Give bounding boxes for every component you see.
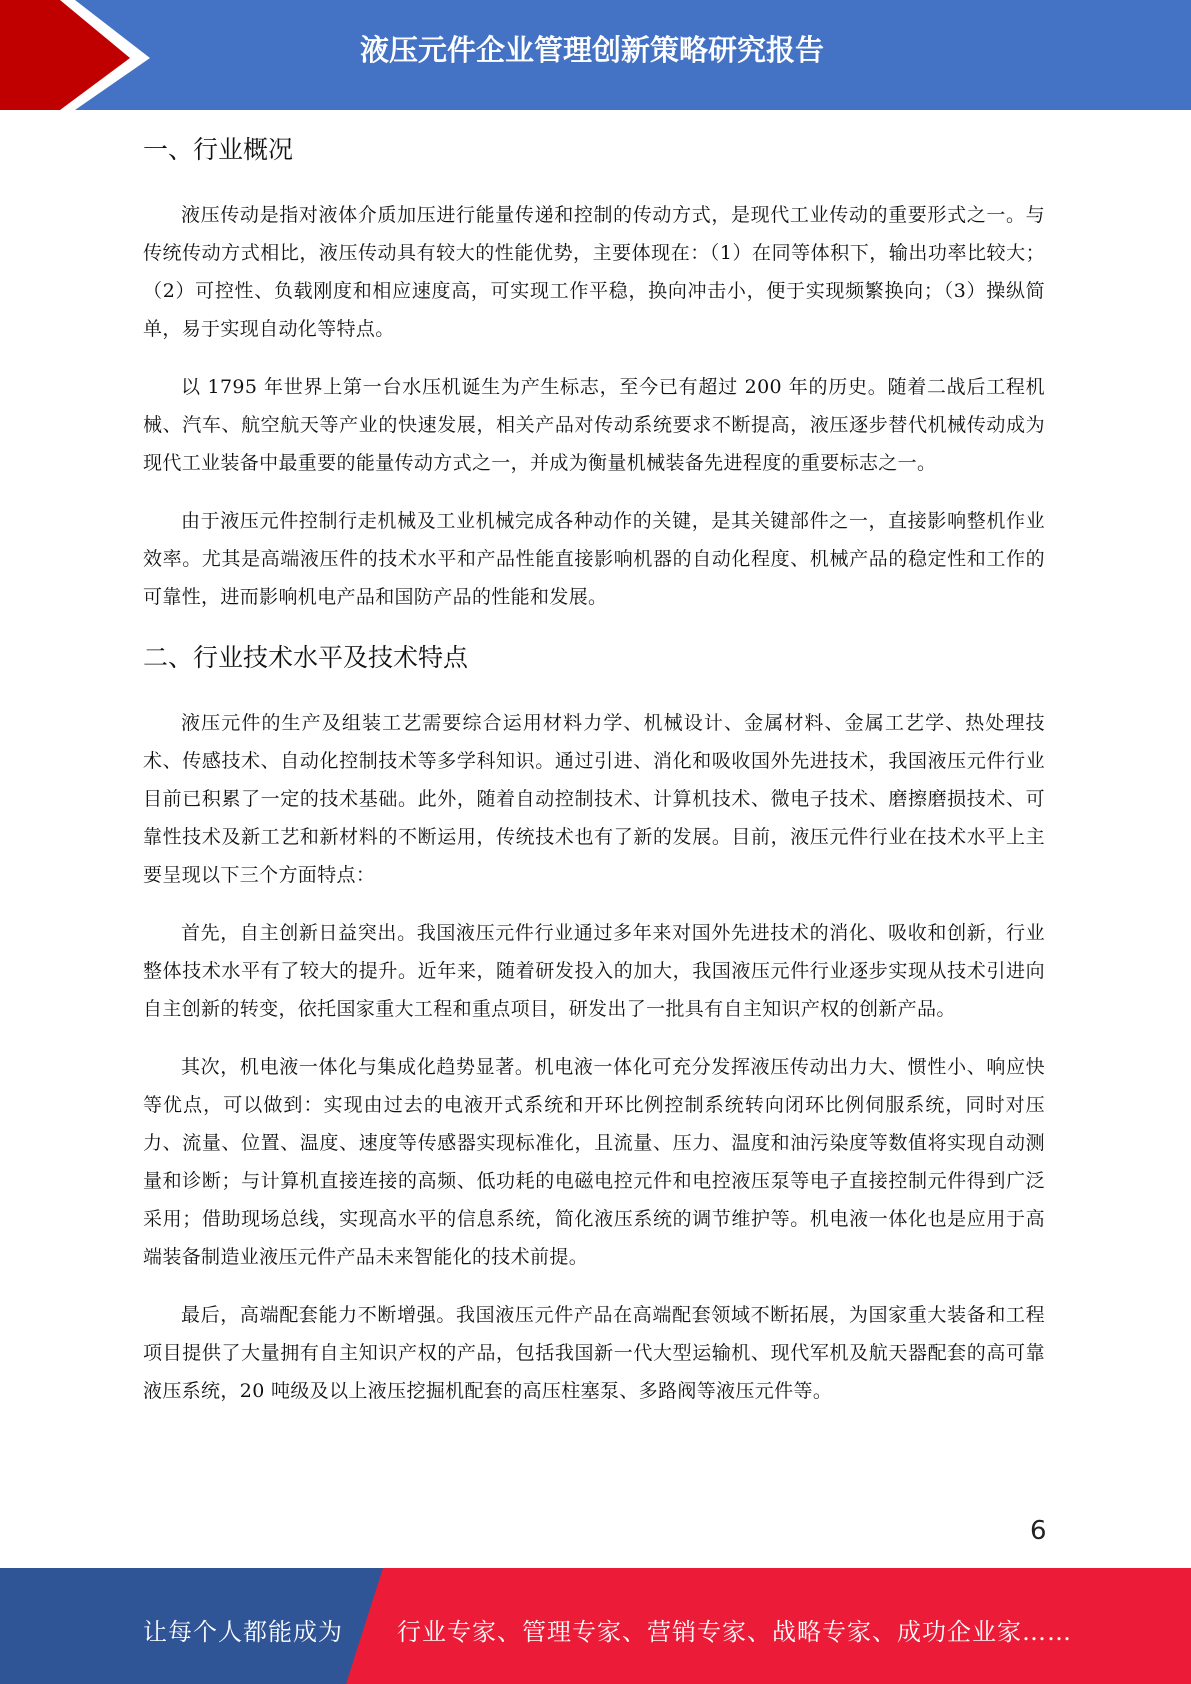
- paragraph: 其次，机电液一体化与集成化趋势显著。机电液一体化可充分发挥液压传动出力大、惯性小…: [143, 1048, 1045, 1276]
- header-arrow-icon: [0, 0, 140, 110]
- paragraph: 最后，高端配套能力不断增强。我国液压元件产品在高端配套领域不断拓展，为国家重大装…: [143, 1296, 1045, 1410]
- document-body: 一、行业概况 液压传动是指对液体介质加压进行能量传递和控制的传动方式，是现代工业…: [143, 128, 1045, 1430]
- section-heading-technical-level: 二、行业技术水平及技术特点: [143, 636, 1045, 680]
- page-number: 6: [1030, 1516, 1047, 1546]
- paragraph: 液压元件的生产及组装工艺需要综合运用材料力学、机械设计、金属材料、金属工艺学、热…: [143, 704, 1045, 894]
- paragraph: 以 1795 年世界上第一台水压机诞生为产生标志，至今已有超过 200 年的历史…: [143, 368, 1045, 482]
- page-footer-banner: 让每个人都能成为 行业专家、管理专家、营销专家、战略专家、成功企业家……: [0, 1568, 1191, 1684]
- paragraph: 由于液压元件控制行走机械及工业机械完成各种动作的关键，是其关键部件之一，直接影响…: [143, 502, 1045, 616]
- paragraph: 首先，自主创新日益突出。我国液压元件行业通过多年来对国外先进技术的消化、吸收和创…: [143, 914, 1045, 1028]
- page-header-banner: 液压元件企业管理创新策略研究报告: [0, 0, 1191, 110]
- paragraph: 液压传动是指对液体介质加压进行能量传递和控制的传动方式，是现代工业传动的重要形式…: [143, 196, 1045, 348]
- section-heading-industry-overview: 一、行业概况: [143, 128, 1045, 172]
- footer-slogan-right: 行业专家、管理专家、营销专家、战略专家、成功企业家……: [397, 1612, 1072, 1647]
- footer-slogan-left: 让每个人都能成为: [143, 1612, 343, 1647]
- document-title: 液压元件企业管理创新策略研究报告: [360, 28, 880, 69]
